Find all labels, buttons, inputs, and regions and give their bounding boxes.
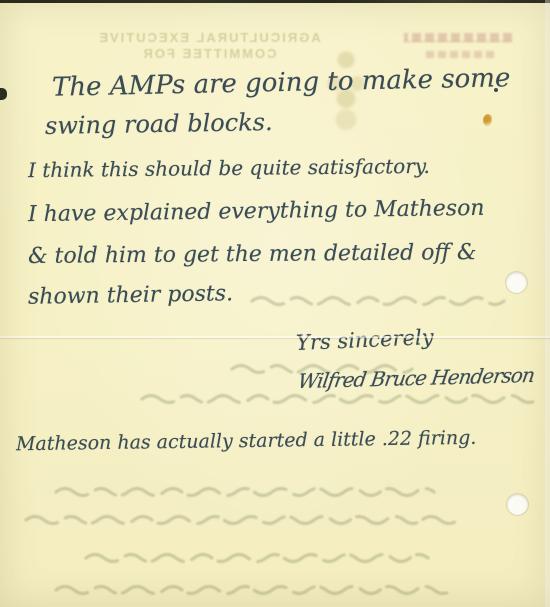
handwriting-line-6: shown their posts.: [28, 281, 233, 310]
letter-scan: AGRICULTURAL EXECUTIVE COMMITTEE FOR The…: [0, 0, 550, 607]
punch-hole-bottom: [507, 494, 528, 515]
signature: Wilfred Bruce Henderson: [296, 363, 536, 393]
scan-top-edge: [0, 0, 550, 3]
stain-mark: [483, 114, 492, 126]
bleedthrough-stamp-line2: [422, 51, 494, 58]
postscript-line: Matheson has actually started a little .…: [16, 427, 477, 455]
fold-crease: [0, 336, 550, 338]
scan-right-edge: [545, 0, 550, 607]
bleedthrough-stamp: [404, 33, 512, 58]
handwriting-line-4: I have explained everything to Matheson: [28, 196, 485, 227]
handwriting-line-3: I think this should be quite satisfactor…: [28, 154, 430, 182]
handwriting-line-1: The AMPs are going to make some: [52, 63, 511, 103]
bleedthrough-letterhead-line1: AGRICULTURAL EXECUTIVE: [84, 30, 334, 46]
bleedthrough-letterhead-line2: COMMITTEE FOR: [84, 46, 334, 62]
handwriting-line-2: swing road blocks.: [45, 108, 273, 140]
ink-dot: [494, 88, 498, 92]
bleedthrough-stamp-line1: [404, 33, 512, 42]
bleedthrough-letterhead: AGRICULTURAL EXECUTIVE COMMITTEE FOR: [84, 30, 334, 62]
closing-line: Yrs sincerely: [296, 325, 435, 355]
punch-hole-top: [506, 272, 527, 293]
scan-left-edge-mark: [0, 88, 7, 100]
handwriting-line-5: & told him to get the men detailed off &: [28, 240, 477, 269]
